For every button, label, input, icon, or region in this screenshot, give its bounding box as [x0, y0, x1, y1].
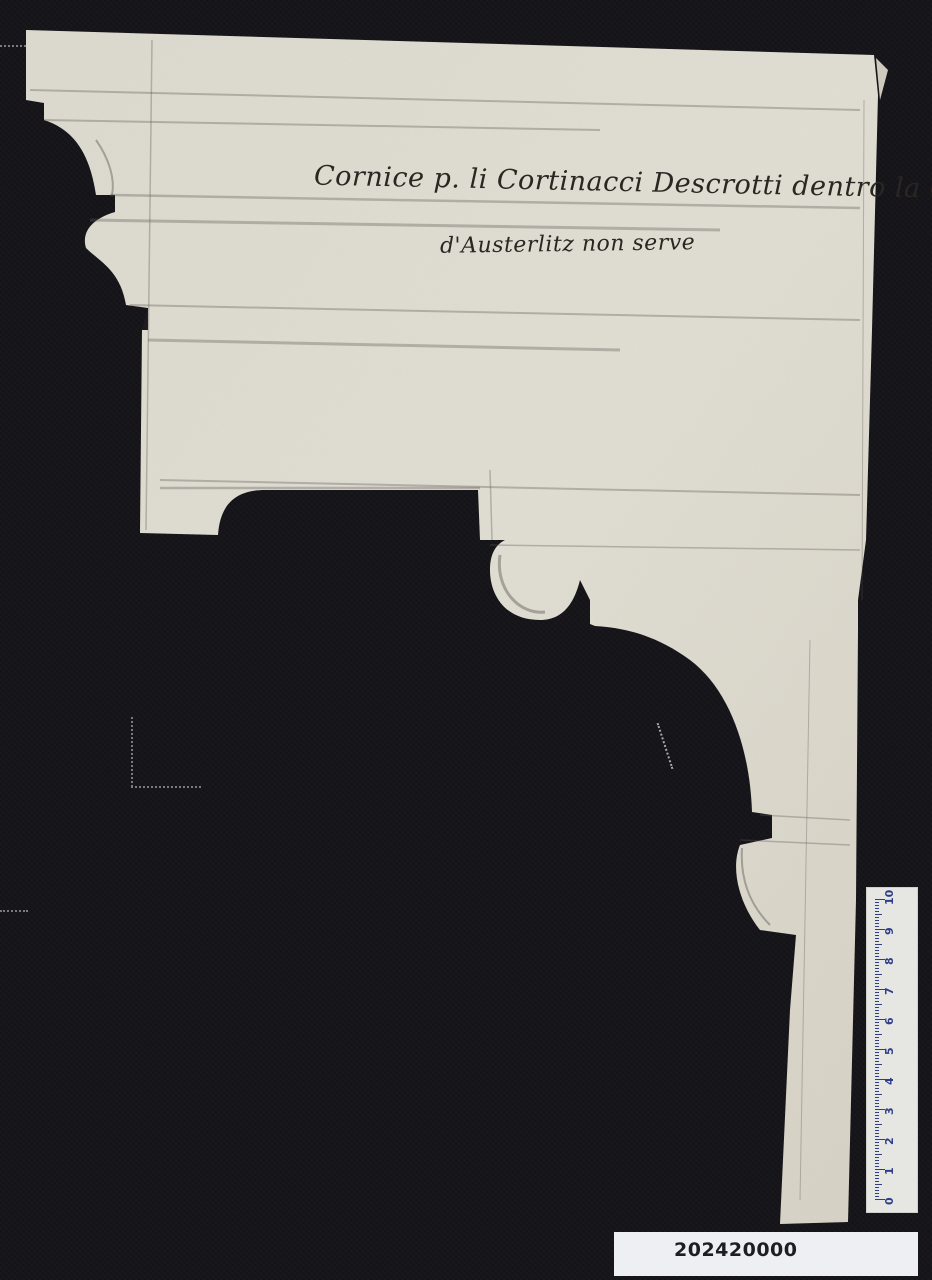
ruler-tick — [875, 902, 879, 903]
ruler-label: 4 — [883, 1077, 896, 1085]
crop-mark-vertical — [131, 717, 133, 787]
ruler-tick — [875, 1001, 879, 1002]
ruler-tick — [875, 1034, 882, 1035]
ruler-tick — [875, 944, 882, 945]
ruler-tick — [875, 1040, 879, 1041]
ruler-label: 0 — [883, 1197, 896, 1205]
ruler-tick — [875, 980, 879, 981]
ruler-tick — [875, 935, 879, 936]
ruler-tick — [875, 1145, 879, 1146]
ruler-tick — [875, 968, 879, 969]
ruler-tick — [875, 1184, 882, 1185]
ruler-label: 3 — [883, 1107, 896, 1115]
ruler-tick — [875, 1097, 879, 1098]
ruler-tick — [875, 1106, 879, 1107]
ruler-label: 5 — [883, 1047, 896, 1055]
ruler-tick — [875, 1085, 879, 1086]
ruler-tick — [875, 1088, 879, 1089]
ruler-tick — [875, 1031, 879, 1032]
ruler-tick — [875, 1151, 879, 1152]
ruler-tick — [875, 1181, 879, 1182]
ruler-tick — [875, 1076, 879, 1077]
ruler-tick — [875, 941, 879, 942]
ruler-tick — [875, 1064, 882, 1065]
ruler-tick — [875, 1100, 879, 1101]
ruler-tick — [875, 1166, 879, 1167]
ruler-tick — [875, 956, 879, 957]
ruler-tick — [875, 1187, 879, 1188]
catalog-label: 202420000 — [614, 1232, 918, 1276]
ruler-tick — [875, 1133, 879, 1134]
ruler-tick — [875, 1058, 879, 1059]
ruler-tick — [875, 1157, 879, 1158]
ruler-tick — [875, 1055, 879, 1056]
ruler-tick — [875, 1073, 879, 1074]
ruler-tick — [875, 1004, 882, 1005]
ruler-tick — [875, 1028, 879, 1029]
ruler-tick — [875, 1160, 879, 1161]
ruler-tick — [875, 1121, 879, 1122]
ruler-tick — [875, 911, 879, 912]
ruler-label: 10 — [883, 890, 896, 905]
ruler-tick — [875, 971, 879, 972]
ruler-tick — [875, 1091, 879, 1092]
ruler-tick — [875, 950, 879, 951]
ruler-tick — [875, 1130, 879, 1131]
ruler-tick — [875, 1196, 879, 1197]
ruler-label: 8 — [883, 957, 896, 965]
ruler-tick — [875, 1178, 879, 1179]
ruler-tick — [875, 1061, 879, 1062]
ruler-tick — [875, 1112, 879, 1113]
ruler-label: 6 — [883, 1017, 896, 1025]
ruler-tick — [875, 905, 879, 906]
ruler-tick — [875, 1190, 879, 1191]
ruler-tick — [875, 938, 879, 939]
ruler-tick — [875, 1115, 879, 1116]
scale-ruler: 012345678910 — [866, 887, 918, 1213]
ruler-tick — [875, 932, 879, 933]
ruler-label: 9 — [883, 927, 896, 935]
ruler-tick — [875, 1010, 879, 1011]
scan-stage: Cornice p. li Cortinacci Descrotti dentr… — [0, 0, 932, 1280]
ruler-tick — [875, 1193, 879, 1194]
ruler-tick — [875, 947, 879, 948]
ruler-tick — [875, 926, 879, 927]
inscription-line-2: d'Austerlitz non serve — [440, 230, 696, 259]
ruler-tick — [875, 1007, 879, 1008]
ruler-tick — [875, 1136, 879, 1137]
ruler-tick — [875, 965, 879, 966]
ruler-tick — [875, 1046, 879, 1047]
ruler-tick — [875, 1175, 879, 1176]
ruler-tick — [875, 998, 879, 999]
ruler-tick — [875, 1094, 882, 1095]
ruler-tick — [875, 1127, 879, 1128]
crop-mark-top-left — [0, 45, 26, 47]
ruler-tick — [875, 1067, 879, 1068]
ruler-tick — [875, 1025, 879, 1026]
ruler-tick — [875, 1103, 879, 1104]
catalog-number: 202420000 — [674, 1239, 797, 1261]
crop-mark-horizontal — [131, 786, 201, 788]
ruler-tick — [875, 962, 879, 963]
ruler-tick — [875, 1016, 879, 1017]
ruler-tick — [875, 1052, 879, 1053]
ruler-tick — [875, 1037, 879, 1038]
ruler-tick — [875, 974, 882, 975]
ruler-tick — [875, 977, 879, 978]
ruler-tick — [875, 1148, 879, 1149]
ruler-tick — [875, 992, 879, 993]
ruler-tick — [875, 917, 879, 918]
ruler-tick — [875, 1022, 879, 1023]
ruler-tick — [875, 1142, 879, 1143]
ruler-tick — [875, 1082, 879, 1083]
ruler-label: 1 — [883, 1167, 896, 1175]
ruler-tick — [875, 920, 879, 921]
ruler-tick — [875, 1043, 879, 1044]
ruler-tick — [875, 986, 879, 987]
ruler-label: 2 — [883, 1137, 896, 1145]
ruler-tick — [875, 1013, 879, 1014]
ruler-tick — [875, 1124, 882, 1125]
ruler-tick — [875, 1163, 879, 1164]
ruler-tick — [875, 1070, 879, 1071]
ruler-tick — [875, 1172, 879, 1173]
ruler-tick — [875, 1154, 882, 1155]
ruler-tick — [875, 983, 879, 984]
ruler-tick — [875, 995, 879, 996]
ruler-tick — [875, 953, 879, 954]
ruler-label: 7 — [883, 987, 896, 995]
ruler-tick — [875, 914, 882, 915]
ruler-tick — [875, 923, 879, 924]
crop-mark-left-edge — [0, 910, 28, 912]
ruler-tick — [875, 908, 879, 909]
ruler-tick — [875, 1118, 879, 1119]
